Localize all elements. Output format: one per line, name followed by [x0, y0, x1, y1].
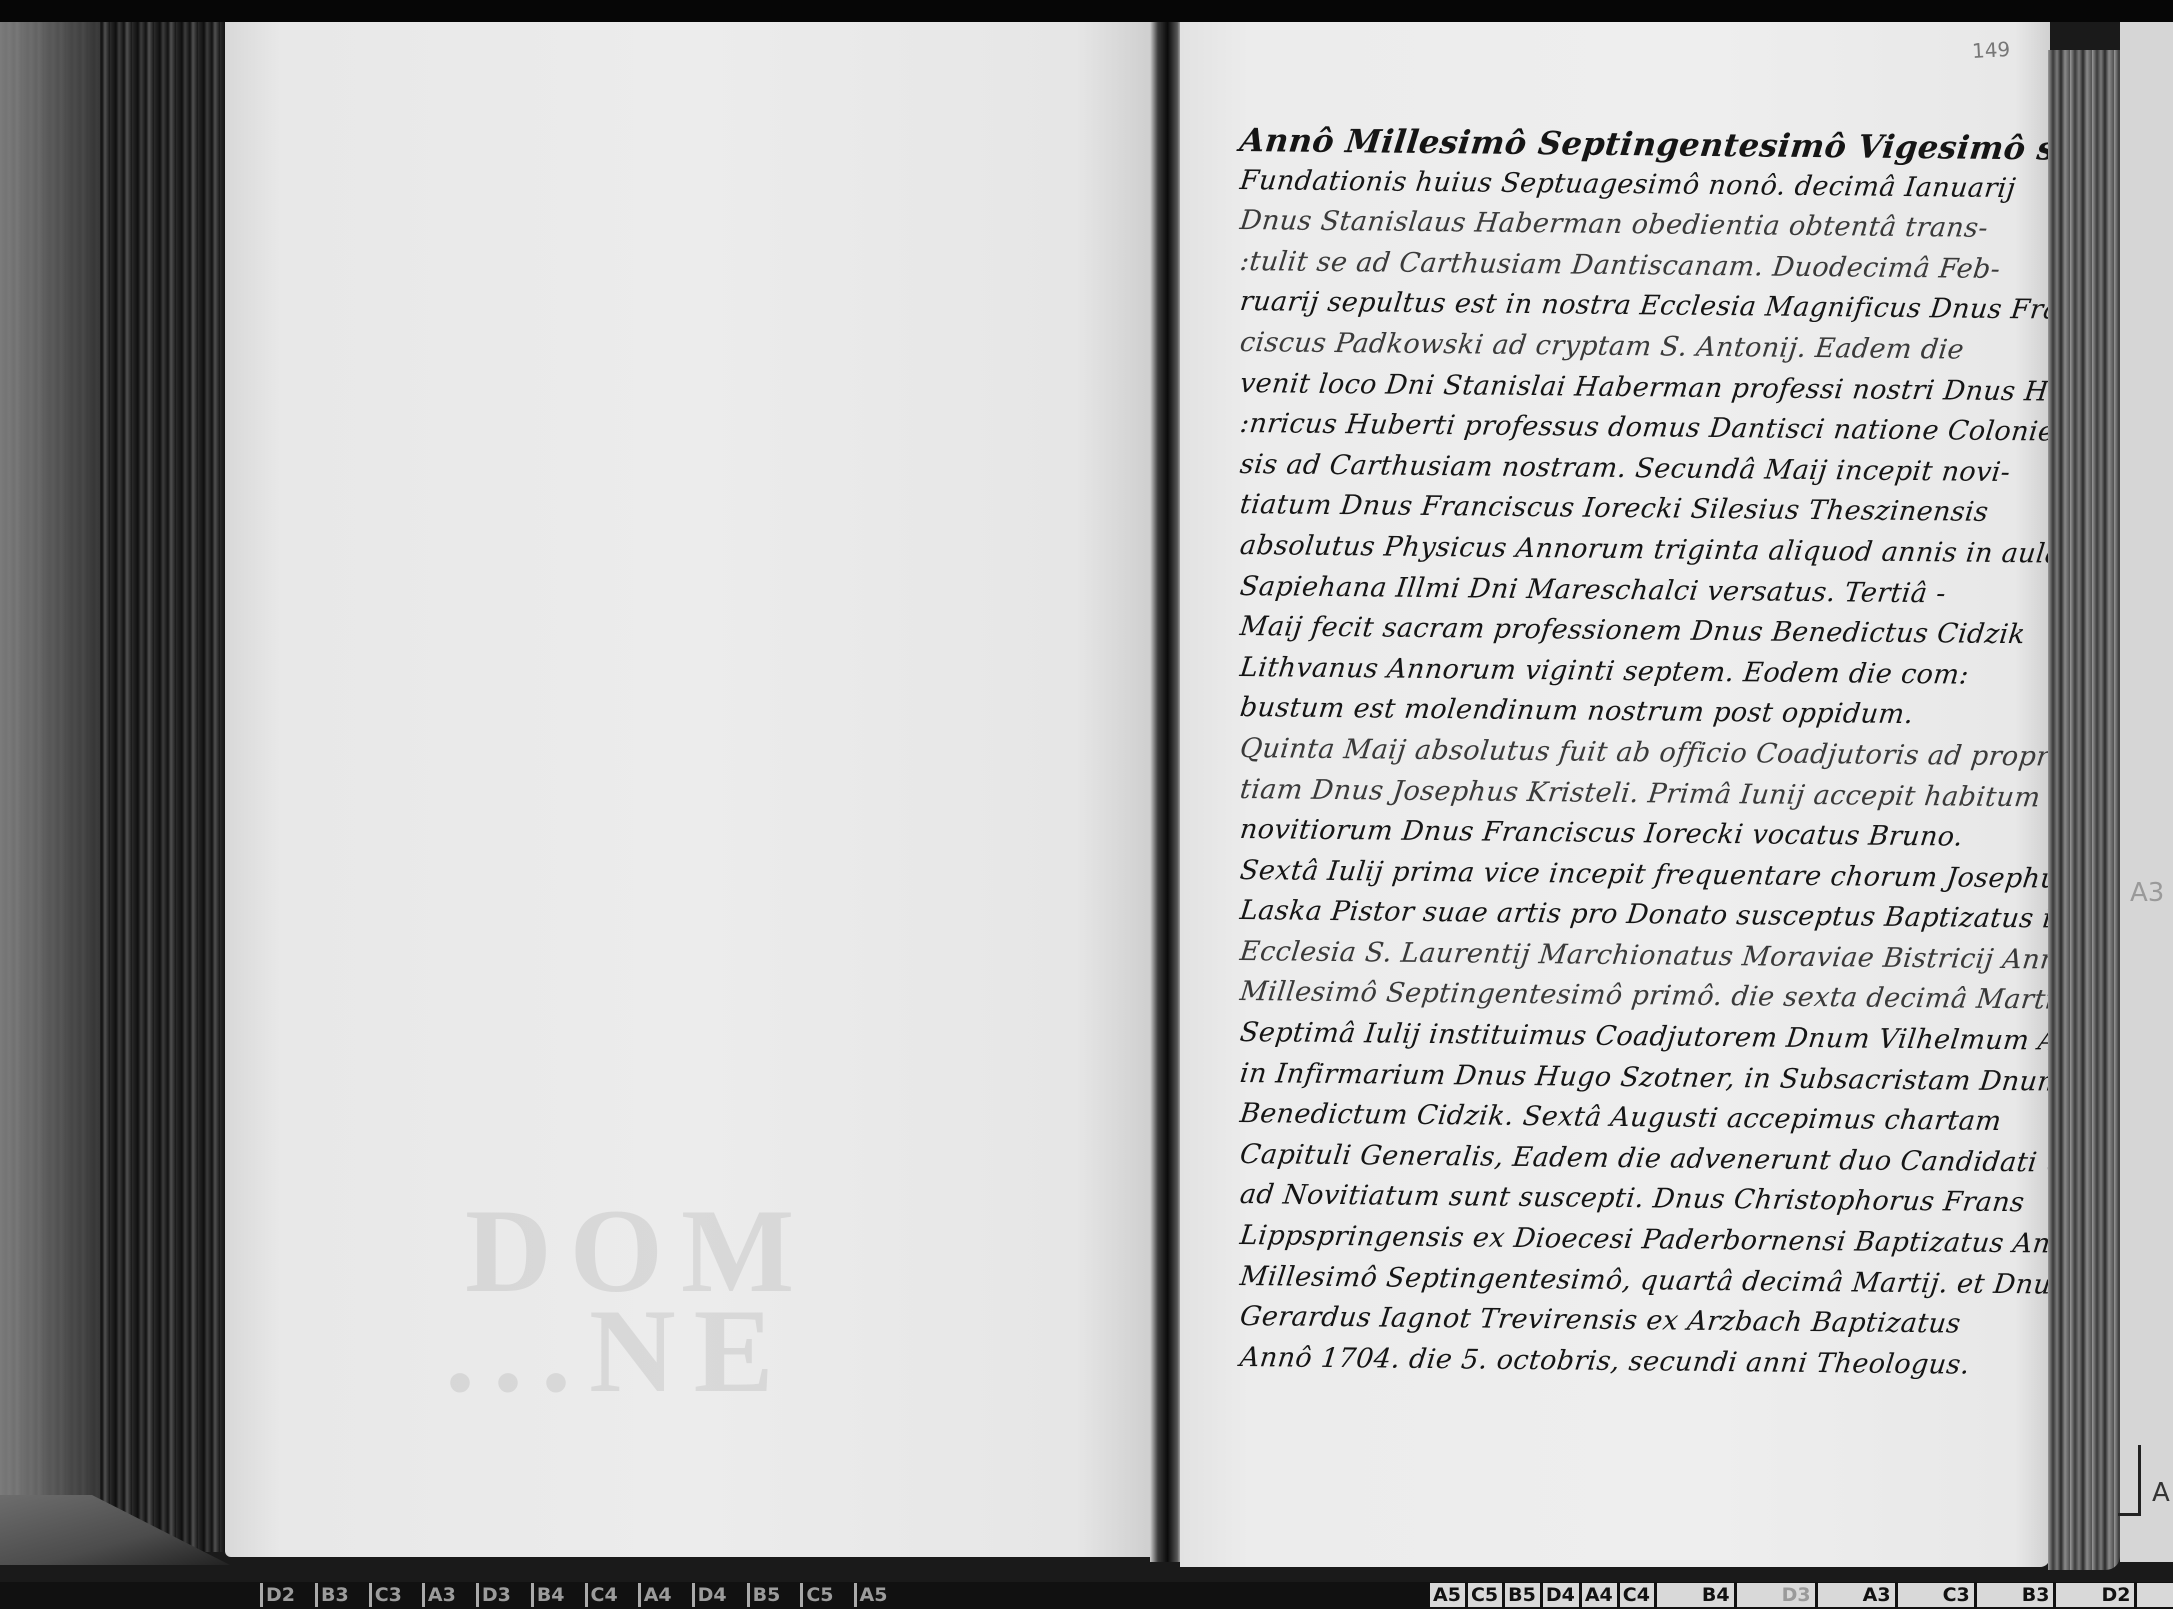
- manuscript-line: Annô 1704. die 5. octobris, secundi anni…: [1238, 1338, 2032, 1387]
- left-book-cover-edge: [0, 22, 100, 1502]
- strip-label: D4: [1543, 1583, 1582, 1607]
- bleed-through-text: ...NE: [445, 1282, 792, 1420]
- strip-label: A3: [1860, 1583, 1898, 1607]
- strip-label: A4: [638, 1583, 676, 1607]
- microfilm-scan: DOM ...NE 149 Annô Millesimô Septingente…: [0, 0, 2173, 1609]
- strip-label: B3: [315, 1583, 353, 1607]
- right-book-fore-edge: [2048, 50, 2120, 1570]
- strip-label: B5: [1505, 1583, 1543, 1607]
- corner-bracket-mark: [2118, 1445, 2141, 1516]
- strip-label: D3: [476, 1583, 515, 1607]
- calibration-strip-right: A5 C5 B5 D4 A4 C4 B4 D3 A3 C3 B3 D2 A2: [1430, 1583, 2173, 1607]
- strip-label: A4: [1582, 1583, 1620, 1607]
- strip-label: B5: [747, 1583, 785, 1607]
- strip-label: C4: [585, 1583, 622, 1607]
- strip-label: A3: [422, 1583, 460, 1607]
- left-page-blank: DOM ...NE: [225, 22, 1150, 1557]
- right-page-manuscript: 149 Annô Millesimô Septingentesimô Viges…: [1180, 22, 2050, 1567]
- strip-label: B3: [2019, 1583, 2057, 1607]
- right-background: [2120, 22, 2173, 1562]
- strip-label: C5: [800, 1583, 837, 1607]
- strip-label: B4: [1699, 1583, 1737, 1607]
- book-gutter: [1150, 22, 1182, 1562]
- strip-label: C3: [369, 1583, 406, 1607]
- strip-label: D2: [260, 1583, 299, 1607]
- margin-mark-a3: A3: [2130, 878, 2164, 908]
- strip-label: D2: [2098, 1583, 2137, 1607]
- strip-label: A5: [854, 1583, 892, 1607]
- strip-label: B4: [531, 1583, 569, 1607]
- margin-mark-a: A: [2152, 1478, 2170, 1508]
- calibration-strip-left: D2 B3 C3 A3 D3 B4 C4 A4 D4 B5 C5 A5: [260, 1583, 907, 1607]
- strip-label: C3: [1940, 1583, 1977, 1607]
- strip-label: C4: [1620, 1583, 1657, 1607]
- strip-label: D4: [692, 1583, 731, 1607]
- strip-label: C5: [1468, 1583, 1505, 1607]
- page-number: 149: [1971, 37, 2010, 63]
- manuscript-text: Annô Millesimô Septingentesimô Vigesimô …: [1240, 120, 2030, 1378]
- strip-label: A5: [1430, 1583, 1468, 1607]
- strip-label: D3: [1779, 1583, 1818, 1607]
- top-film-border: [0, 0, 2173, 22]
